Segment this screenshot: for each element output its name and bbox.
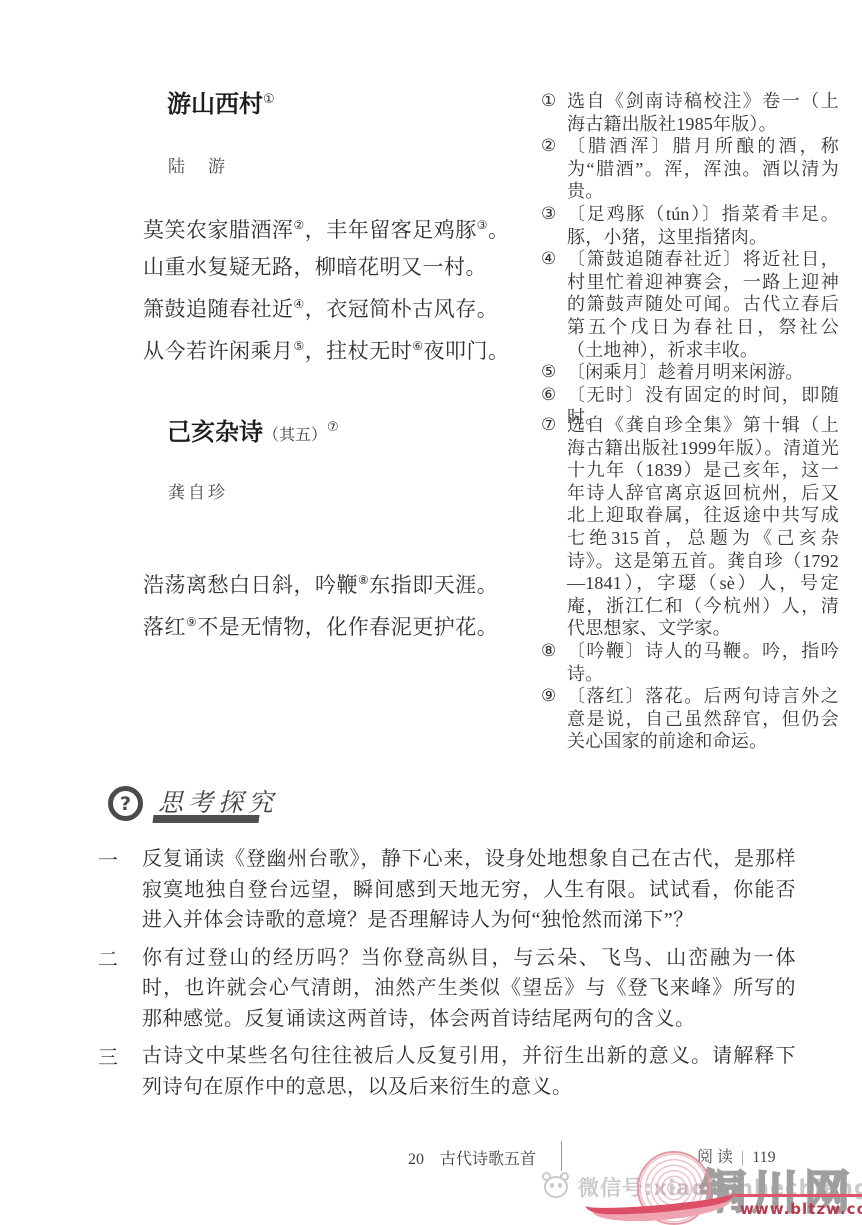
question-number: 三	[98, 1041, 142, 1070]
footer-page-number: 119	[752, 1149, 775, 1166]
note-text: 〔腊酒浑〕腊月所酿的酒，称为“腊酒”。浑，浑浊。酒以清为贵。	[567, 135, 839, 203]
poem2-line: 落红⑨不是无情物，化作春泥更护花。	[143, 604, 498, 646]
poem1-author: 陆 游	[168, 152, 228, 177]
footer-divider	[561, 1141, 562, 1171]
note-text: 〔闲乘月〕趁着月明来闲游。	[567, 361, 839, 384]
poem1-title: 游山西村①	[167, 84, 275, 119]
question-number: 一	[98, 844, 142, 873]
question-item: 二 你有过登山的经历吗？当你登高纵目，与云朵、飞鸟、山峦融为一体时，也许就会心气…	[98, 943, 796, 1035]
note-marker: ①	[541, 90, 567, 113]
note-item: ⑦ 选自《龚自珍全集》第十辑（上海古籍出版社1999年版）。清道光十九年（183…	[541, 414, 839, 640]
poem1-line: 莫笑农家腊酒浑②，丰年留客足鸡豚③。	[143, 207, 510, 249]
question-mark-glyph: ?	[120, 793, 131, 815]
note-item: ① 选自《剑南诗稿校注》卷一（上海古籍出版社1985年版）。	[541, 90, 839, 135]
question-item: 三 古诗文中某些名句往往被后人反复引用，并衍生出新的意义。请解释下列诗句在原作中…	[98, 1041, 796, 1102]
question-item: 一 反复诵读《登幽州台歌》，静下心来，设身处地想象自己在古代，是那样寂寞地独自登…	[98, 844, 796, 936]
note-text: 选自《龚自珍全集》第十辑（上海古籍出版社1999年版）。清道光十九年（1839）…	[567, 414, 839, 640]
note-item: ③ 〔足鸡豚（tún）〕指菜肴丰足。豚，小猪，这里指猪肉。	[541, 203, 839, 248]
note-text: 选自《剑南诗稿校注》卷一（上海古籍出版社1985年版）。	[567, 90, 839, 135]
poem1-title-ref: ①	[263, 92, 275, 107]
footer-section: 阅 读|119	[697, 1144, 776, 1167]
poem1-title-text: 游山西村	[167, 90, 263, 118]
panda-face	[544, 1176, 568, 1198]
note-item: ⑤ 〔闲乘月〕趁着月明来闲游。	[541, 361, 839, 384]
explore-heading: 思考探究	[158, 783, 278, 819]
poem1-line: 从今若许闲乘月⑤，拄杖无时⑥夜叩门。	[143, 328, 510, 370]
footer-lesson-title: 古代诗歌五首	[440, 1151, 536, 1168]
poem2-author: 龚自珍	[168, 478, 228, 503]
note-item: ② 〔腊酒浑〕腊月所酿的酒，称为“腊酒”。浑，浑浊。酒以清为贵。	[541, 135, 839, 203]
note-marker: ④	[541, 248, 567, 271]
question-text: 你有过登山的经历吗？当你登高纵目，与云朵、飞鸟、山峦融为一体时，也许就会心气清朗…	[142, 943, 796, 1035]
poem1-line: 箫鼓追随春社近④，衣冠简朴古风存。	[143, 286, 510, 328]
poem2-title-ref: ⑦	[327, 420, 339, 435]
poem2-title: 己亥杂诗（其五）⑦	[167, 412, 339, 447]
poem2-subtitle: （其五）	[263, 425, 327, 444]
footer-lesson-number: 20	[408, 1151, 424, 1168]
watermark-ribbon	[591, 1184, 733, 1225]
note-marker: ⑦	[541, 414, 567, 437]
note-text: 〔箫鼓追随春社近〕将近社日，村里忙着迎神赛会，一路上迎神的箫鼓声随处可闻。古代立…	[567, 248, 839, 361]
note-marker: ③	[541, 203, 567, 226]
note-marker: ②	[541, 135, 567, 158]
watermark-site-url: www.bltzw.com	[740, 1200, 862, 1218]
watermark-ribbon	[584, 1176, 736, 1223]
panda-icon	[542, 1172, 572, 1198]
poem2-body: 浩荡离愁白日斜，吟鞭⑧东指即天涯。 落红⑨不是无情物，化作春泥更护花。	[143, 562, 498, 646]
poem1-line: 山重水复疑无路，柳暗花明又一村。	[143, 249, 510, 286]
notes-column-poem1: ① 选自《剑南诗稿校注》卷一（上海古籍出版社1985年版）。 ② 〔腊酒浑〕腊月…	[541, 90, 839, 429]
note-marker: ⑧	[541, 640, 567, 663]
watermark-url-underline	[735, 1194, 862, 1197]
explore-underline	[152, 815, 259, 823]
poem1-body: 莫笑农家腊酒浑②，丰年留客足鸡豚③。 山重水复疑无路，柳暗花明又一村。 箫鼓追随…	[143, 207, 510, 370]
note-item: ⑧ 〔吟鞭〕诗人的马鞭。吟，指吟诗。	[541, 640, 839, 685]
panda-ear	[542, 1172, 551, 1181]
note-item: ⑨ 〔落红〕落花。后两句诗言外之意是说，自己虽然辞官，但仍会关心国家的前途和命运…	[541, 685, 839, 753]
questions-list: 一 反复诵读《登幽州台歌》，静下心来，设身处地想象自己在古代，是那样寂寞地独自登…	[98, 844, 796, 1109]
question-number: 二	[98, 943, 142, 972]
footer-section-label: 阅 读	[697, 1149, 733, 1166]
watermark-wechat-text: 微信号:xiaobenhechieng	[578, 1172, 862, 1202]
note-text: 〔足鸡豚（tún）〕指菜肴丰足。豚，小猪，这里指猪肉。	[567, 203, 839, 248]
poem2-line: 浩荡离愁白日斜，吟鞭⑧东指即天涯。	[143, 562, 498, 604]
note-marker: ⑥	[541, 384, 567, 407]
panda-eye	[550, 1183, 554, 1188]
note-text: 〔落红〕落花。后两句诗言外之意是说，自己虽然辞官，但仍会关心国家的前途和命运。	[567, 685, 839, 753]
question-text: 反复诵读《登幽州台歌》，静下心来，设身处地想象自己在古代，是那样寂寞地独自登台远…	[142, 844, 796, 936]
footer-lesson: 20古代诗歌五首	[408, 1146, 536, 1169]
panda-ear	[560, 1172, 569, 1181]
poem2-title-text: 己亥杂诗	[167, 418, 263, 446]
footer-section-divider: |	[741, 1149, 744, 1166]
question-text: 古诗文中某些名句往往被后人反复引用，并衍生出新的意义。请解释下列诗句在原作中的意…	[142, 1041, 796, 1102]
panda-eye	[558, 1183, 562, 1188]
note-marker: ⑤	[541, 361, 567, 384]
notes-column-poem2: ⑦ 选自《龚自珍全集》第十辑（上海古籍出版社1999年版）。清道光十九年（183…	[541, 414, 839, 753]
question-mark-icon: ?	[108, 786, 143, 821]
note-item: ④ 〔箫鼓追随春社近〕将近社日，村里忙着迎神赛会，一路上迎神的箫鼓声随处可闻。古…	[541, 248, 839, 361]
note-marker: ⑨	[541, 685, 567, 708]
note-text: 〔吟鞭〕诗人的马鞭。吟，指吟诗。	[567, 640, 839, 685]
